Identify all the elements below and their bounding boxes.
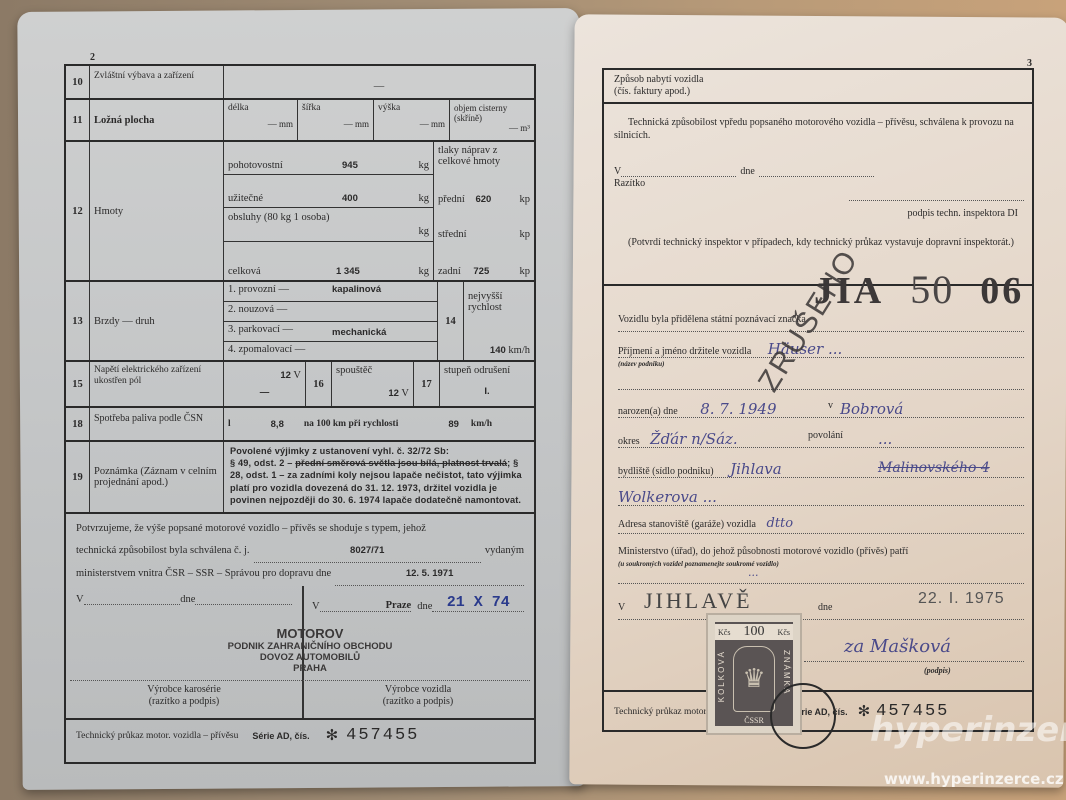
mass-payload: užitečné 400 kg bbox=[224, 175, 433, 208]
residence-value: Jihlava bbox=[730, 460, 782, 478]
watermark-logo: hyperinzerce bbox=[870, 710, 1066, 750]
row-number: 12 bbox=[66, 142, 90, 280]
mass-label: pohotovostní bbox=[228, 160, 283, 171]
row-number: 19 bbox=[66, 442, 90, 512]
axle-loads: tlaky náprav z celkové hmoty přední 620 … bbox=[434, 142, 534, 280]
row-13-14: 13 Brzdy — druh 1. provozní —kapalinová … bbox=[66, 282, 534, 362]
inspector-note: (Potvrdí technický inspektor v případech… bbox=[614, 236, 1024, 249]
mass-label: užitečné bbox=[228, 193, 263, 204]
acquisition-label: Způsob nabytí vozidla bbox=[614, 74, 1022, 86]
dne-label: dne bbox=[180, 594, 195, 605]
garage-label: Adresa stanoviště (garáže) vozidla bbox=[618, 519, 756, 530]
v-label: V bbox=[312, 601, 320, 612]
issue-line: V JIHLAVĚ dne 22. I. 1975 bbox=[618, 602, 1024, 620]
mass-total: celková 1 345 kg bbox=[224, 242, 433, 282]
garage-line: Adresa stanoviště (garáže) vozidla dtto bbox=[618, 516, 1024, 534]
signature-line bbox=[849, 200, 1024, 201]
field-label: Brzdy — druh bbox=[90, 282, 224, 360]
unit: kg bbox=[419, 193, 430, 204]
tank-volume-value: — bbox=[509, 123, 518, 133]
unit: kg bbox=[419, 226, 430, 237]
serial-number: 457455 bbox=[346, 726, 419, 745]
row-number: 15 bbox=[66, 362, 90, 406]
length-label: délka bbox=[228, 103, 293, 113]
axle-value: 620 bbox=[475, 194, 491, 205]
approval-place-date: V dne bbox=[614, 166, 874, 177]
unit: kg bbox=[419, 160, 430, 171]
width-field: šířka — mm bbox=[298, 100, 374, 140]
stamp-currency: Kčs bbox=[718, 628, 730, 637]
residence-struck: Malinovského 4 bbox=[878, 460, 990, 476]
brake-label: 1. provozní — bbox=[228, 284, 289, 295]
district-value: Žďár n/Sáz. bbox=[650, 430, 738, 448]
handwritten-signature: za Mašková bbox=[844, 636, 951, 657]
confirmation-line: ministerstvem vnitra ČSR – SSR – Správou… bbox=[76, 563, 331, 586]
row-15-17: 15 Napětí elektrického zařízení ukostřen… bbox=[66, 362, 534, 408]
document-footer: Technický průkaz motor. vozidla – přívěs… bbox=[76, 726, 524, 745]
right-place-date: VPraze dne21 X 74 bbox=[302, 590, 534, 616]
suppression-label: stupeň odrušení bbox=[444, 365, 530, 376]
v-label: v bbox=[828, 400, 833, 411]
residence-line: bydliště (sídlo podniku) Jihlava Malinov… bbox=[618, 460, 1024, 478]
birth-place: Bobrová bbox=[840, 400, 903, 418]
mass-crew: obsluhy (80 kg 1 osoba) kg bbox=[224, 208, 433, 242]
birth-label: narozen(a) dne bbox=[618, 406, 678, 417]
holder-sublabel: (název podniku) bbox=[618, 360, 664, 368]
stamp-line: MOTOROV bbox=[146, 626, 474, 641]
unit: km/h bbox=[508, 345, 530, 356]
row-number: 13 bbox=[66, 282, 90, 360]
stamp-line: PODNIK ZAHRANIČNÍHO OBCHODU bbox=[146, 641, 474, 652]
axle-middle: střední kp bbox=[438, 229, 530, 240]
field-label: Spotřeba paliva podle ČSN bbox=[90, 408, 224, 440]
suppression-value: I. bbox=[444, 386, 530, 397]
stamp-currency: Kčs bbox=[778, 628, 790, 637]
occupation-label: povolání bbox=[808, 430, 843, 441]
brake-retarder: 4. zpomalovací — bbox=[224, 342, 437, 362]
brake-label: 3. parkovací — bbox=[228, 324, 293, 335]
vehicle-spec-form: 10 Zvláštní výbava a zařízení — 11 Ložná… bbox=[64, 64, 536, 764]
height-field: výška — mm bbox=[374, 100, 450, 140]
field-label: Zvláštní výbava a zařízení bbox=[90, 66, 224, 98]
postmark-stamp bbox=[770, 683, 836, 749]
residence-label: bydliště (sídlo podniku) bbox=[618, 466, 714, 477]
row-number: 17 bbox=[414, 362, 440, 406]
field-label: Poznámka (Záznam v celním projednání apo… bbox=[90, 442, 224, 512]
ground-pole: — bbox=[228, 387, 301, 398]
axle-header: tlaky náprav z celkové hmoty bbox=[438, 145, 518, 167]
approval-text: Technická způsobilost vpředu popsaného m… bbox=[614, 116, 1024, 142]
fuel-value: 8,8 bbox=[271, 419, 284, 430]
v-label: V bbox=[76, 594, 84, 605]
residence-line-2: Wolkerova ... bbox=[618, 488, 1024, 506]
unit: kp bbox=[520, 194, 531, 205]
acquisition-section: Způsob nabytí vozidla (čís. faktury apod… bbox=[604, 70, 1032, 104]
note-struck-text: přední směrová světla jsou bílá, platnos… bbox=[295, 458, 507, 468]
height-value: — bbox=[420, 119, 429, 129]
stamp-header: Kčs 100 Kčs bbox=[715, 624, 793, 640]
unit: m³ bbox=[520, 123, 530, 133]
brake-emergency: 2. nouzová — bbox=[224, 302, 437, 322]
mass-value: 1 345 bbox=[336, 266, 360, 277]
max-speed: nejvyšší rychlost 140 km/h bbox=[464, 282, 534, 360]
birth-line: narozen(a) dne 8. 7. 1949 v Bobrová bbox=[618, 400, 1024, 418]
note-part: § 49, odst. 2 – bbox=[230, 458, 295, 468]
length-value: — bbox=[268, 119, 277, 129]
mass-ready: pohotovostní 945 kg bbox=[224, 142, 433, 175]
row-number: 18 bbox=[66, 408, 90, 440]
mass-value: 400 bbox=[342, 193, 358, 204]
page-number-left: 2 bbox=[90, 52, 95, 63]
signature-label: (podpis) bbox=[924, 666, 951, 675]
max-speed-label: nejvyšší rychlost bbox=[468, 291, 518, 313]
brake-types: 1. provozní —kapalinová 2. nouzová — 3. … bbox=[224, 282, 438, 360]
field-label: Napětí elektrického zařízení ukostřen pó… bbox=[90, 362, 224, 406]
mass-value: 945 bbox=[342, 160, 358, 171]
body-manufacturer-signature: Výrobce karosérie (razítko a podpis) bbox=[66, 684, 302, 708]
stamp-line: DOVOZ AUTOMOBILŮ bbox=[146, 652, 474, 663]
row-number: 10 bbox=[66, 66, 90, 98]
ministry-value: ... bbox=[748, 566, 759, 579]
brake-label: 4. zpomalovací — bbox=[228, 344, 305, 355]
brake-parking: 3. parkovací —mechanická bbox=[224, 322, 437, 342]
left-place-date: V dne bbox=[66, 590, 302, 609]
row-19: 19 Poznámka (Záznam v celním projednání … bbox=[66, 442, 534, 514]
axle-front: přední 620 kp bbox=[438, 194, 530, 205]
signature-line: za Mašková bbox=[804, 644, 1024, 662]
fuel-consumption: l 8,8 na 100 km při rychlosti 89 km/h bbox=[224, 408, 534, 440]
width-value: — bbox=[344, 119, 353, 129]
series-label: Série AD, čís. bbox=[252, 731, 309, 741]
exemptions-note: Povolené výjimky z ustanovení vyhl. č. 3… bbox=[224, 442, 534, 512]
v-label: V bbox=[614, 166, 621, 177]
field-label: Hmoty bbox=[90, 142, 224, 280]
ministry-line: ... bbox=[618, 566, 1024, 584]
issue-date-stamp: 22. I. 1975 bbox=[918, 590, 1005, 608]
axle-rear: zadní 725 kp bbox=[438, 266, 530, 277]
stamp-label: Razítko bbox=[614, 178, 645, 189]
residence-street: Wolkerova ... bbox=[618, 488, 717, 506]
unit: kg bbox=[419, 266, 430, 277]
handwritten-date: 21 X 74 bbox=[432, 594, 524, 612]
field-label: Ložná plocha bbox=[90, 100, 224, 140]
row-number: 11 bbox=[66, 100, 90, 140]
masses-column: pohotovostní 945 kg užitečné 400 kg obsl… bbox=[224, 142, 434, 280]
confirmation-line: vydaným bbox=[485, 540, 524, 563]
sign-sublabel: (razítko a podpis) bbox=[66, 696, 302, 708]
sign-label: Výrobce vozidla bbox=[302, 684, 534, 696]
axle-value: 725 bbox=[473, 266, 489, 277]
dne-label: dne bbox=[417, 601, 432, 612]
row-10: 10 Zvláštní výbava a zařízení — bbox=[66, 66, 534, 100]
unit: kp bbox=[520, 229, 531, 240]
mass-label: obsluhy (80 kg 1 osoba) bbox=[228, 212, 368, 223]
length-field: délka — mm bbox=[224, 100, 298, 140]
asterisk-icon: ✻ bbox=[858, 702, 871, 721]
approval-date: 12. 5. 1971 bbox=[335, 563, 524, 586]
sign-sublabel: (razítko a podpis) bbox=[302, 696, 534, 708]
unit: mm bbox=[431, 119, 445, 129]
blank-line bbox=[618, 372, 1024, 390]
unit: V bbox=[401, 388, 409, 399]
signature-line bbox=[70, 680, 530, 681]
starter-label: spouštěč bbox=[336, 365, 409, 376]
issue-place-stamp: JIHLAVĚ bbox=[644, 588, 753, 614]
unit-liters: l bbox=[228, 419, 231, 429]
mass-label: celková bbox=[228, 266, 261, 277]
special-equipment-value: — bbox=[224, 66, 534, 98]
unit: mm bbox=[355, 119, 369, 129]
voltage-value: 12 V — bbox=[224, 362, 306, 406]
place-value: Praze bbox=[320, 600, 412, 612]
sign-label: Výrobce karosérie bbox=[66, 684, 302, 696]
district-line: okres Žďár n/Sáz. povolání ... bbox=[618, 430, 1024, 448]
stamp-side-text: KOLKOVÁ bbox=[717, 650, 726, 702]
vehicle-manufacturer-signature: Výrobce vozidla (razítko a podpis) bbox=[302, 684, 534, 708]
confirmation-line: Potvrzujeme, že výše popsané motorové vo… bbox=[76, 518, 524, 540]
starter: spouštěč 12 V bbox=[332, 362, 414, 406]
registration-form: Způsob nabytí vozidla (čís. faktury apod… bbox=[602, 68, 1034, 732]
row-11: 11 Ložná plocha délka — mm šířka — mm vý… bbox=[66, 100, 534, 142]
row-18: 18 Spotřeba paliva podle ČSN l 8,8 na 10… bbox=[66, 408, 534, 442]
plate-part: 50 bbox=[910, 266, 954, 313]
watermark-url: www.hyperinzerce.cz bbox=[884, 770, 1064, 788]
brake-label: 2. nouzová — bbox=[228, 304, 287, 315]
ministry-label: Ministerstvo (úřad), do jehož působnosti… bbox=[618, 546, 908, 557]
row-number: 14 bbox=[438, 282, 464, 360]
brake-value: kapalinová bbox=[332, 284, 381, 295]
occupation-value: ... bbox=[878, 430, 892, 448]
width-label: šířka bbox=[302, 103, 369, 113]
coat-of-arms-icon: ♛ bbox=[733, 646, 775, 712]
approval-number: 8027/71 bbox=[254, 540, 481, 563]
interference-suppression: stupeň odrušení I. bbox=[440, 362, 534, 406]
dne-label: dne bbox=[740, 166, 754, 177]
unit: kp bbox=[520, 266, 531, 277]
max-speed-value: 140 bbox=[490, 345, 506, 356]
unit: mm bbox=[279, 119, 293, 129]
holder-line: Příjmení a jméno držitele vozidla Häuser… bbox=[618, 340, 1024, 358]
fuel-speed: 89 bbox=[448, 419, 459, 430]
v-label: V bbox=[618, 602, 625, 613]
confirmation-line: technická způsobilost byla schválena č. … bbox=[76, 540, 250, 563]
stamp-line: PRAHA bbox=[146, 663, 474, 674]
birth-date: 8. 7. 1949 bbox=[700, 400, 776, 418]
voltage: 12 bbox=[280, 370, 291, 381]
row-number: 16 bbox=[306, 362, 332, 406]
holder-label: Příjmení a jméno držitele vozidla bbox=[618, 346, 751, 357]
note-heading: Povolené výjimky z ustanovení vyhl. č. 3… bbox=[230, 446, 449, 456]
axle-label: zadní bbox=[438, 266, 461, 277]
plate-label: Vozidlu byla přidělena státní poznávací … bbox=[618, 314, 806, 325]
asterisk-icon: ✻ bbox=[326, 726, 339, 745]
unit: km/h bbox=[471, 419, 492, 429]
height-label: výška bbox=[378, 103, 445, 113]
axle-label: střední bbox=[438, 229, 467, 240]
inspector-signature-label: podpis techn. inspektora DI bbox=[907, 208, 1018, 219]
tank-volume-label: objem cisterny (skříně) bbox=[454, 103, 530, 123]
district-label: okres bbox=[618, 436, 640, 447]
plate-part: 06 bbox=[980, 269, 1024, 313]
stamp-value: 100 bbox=[744, 624, 765, 640]
divider bbox=[66, 718, 534, 720]
unit: V bbox=[293, 370, 301, 381]
tank-volume-field: objem cisterny (skříně) — m³ bbox=[450, 100, 534, 140]
acquisition-sublabel: (čís. faktury apod.) bbox=[614, 86, 1022, 98]
company-stamp: MOTOROV PODNIK ZAHRANIČNÍHO OBCHODU DOVO… bbox=[146, 626, 474, 674]
brake-service: 1. provozní —kapalinová bbox=[224, 282, 437, 302]
row-12: 12 Hmoty pohotovostní 945 kg užitečné 40… bbox=[66, 142, 534, 282]
garage-value: dtto bbox=[767, 516, 794, 531]
starter-voltage: 12 bbox=[388, 388, 399, 399]
fuel-mid-label: na 100 km při rychlosti bbox=[304, 419, 398, 429]
footer-title: Technický průkaz motor. vozidla – přívěs… bbox=[76, 731, 238, 741]
brake-value: mechanická bbox=[332, 327, 386, 338]
dne-label: dne bbox=[818, 602, 832, 613]
axle-label: přední bbox=[438, 194, 465, 205]
